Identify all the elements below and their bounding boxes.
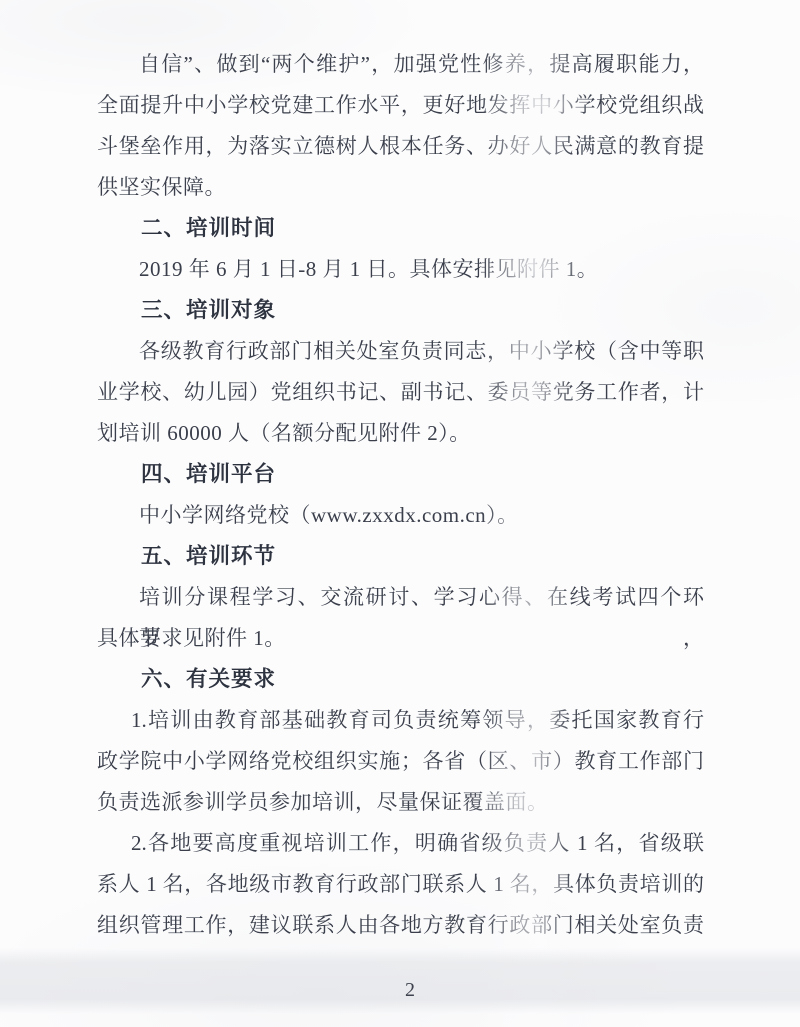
text-line: 划培训 60000 人（名额分配见附件 2）。 <box>97 413 704 454</box>
text-line: 组织管理工作，建议联系人由各地方教育行政部门相关处室负责 <box>97 905 704 946</box>
text-line: 全面提升中小学校党建工作水平，更好地发挥中小学校党组织战 <box>97 85 704 126</box>
text-line: 负责选派参训学员参加培训，尽量保证覆盖面。 <box>97 782 704 823</box>
text-line: 2019 年 6 月 1 日-8 月 1 日。具体安排见附件 1。 <box>97 249 704 290</box>
text-line: 业学校、幼儿园）党组织书记、副书记、委员等党务工作者，计 <box>97 372 704 413</box>
section-heading: 二、培训时间 <box>97 208 704 249</box>
text-line: 自信”、做到“两个维护”，加强党性修养，提高履职能力， <box>97 44 704 85</box>
text-line: 1.培训由教育部基础教育司负责统筹领导，委托国家教育行 <box>97 700 704 741</box>
document-page: 自信”、做到“两个维护”，加强党性修养，提高履职能力，全面提升中小学校党建工作水… <box>0 0 800 1027</box>
section-heading: 六、有关要求 <box>97 659 704 700</box>
text-line: 2.各地要高度重视培训工作，明确省级负责人 1 名，省级联 <box>97 823 704 864</box>
section-heading: 四、培训平台 <box>97 454 704 495</box>
text-line: 系人 1 名，各地级市教育行政部门联系人 1 名，具体负责培训的 <box>97 864 704 905</box>
text-line: 斗堡垒作用，为落实立德树人根本任务、办好人民满意的教育提 <box>97 126 704 167</box>
text-line: 培训分课程学习、交流研讨、学习心得、在线考试四个环节， <box>97 577 704 618</box>
text-line: 中小学网络党校（www.zxxdx.com.cn）。 <box>97 495 704 536</box>
text-line: 各级教育行政部门相关处室负责同志，中小学校（含中等职 <box>97 331 704 372</box>
section-heading: 五、培训环节 <box>97 536 704 577</box>
page-content: 自信”、做到“两个维护”，加强党性修养，提高履职能力，全面提升中小学校党建工作水… <box>97 44 704 946</box>
section-heading: 三、培训对象 <box>97 290 704 331</box>
text-line: 供坚实保障。 <box>97 167 704 208</box>
text-line: 政学院中小学网络党校组织实施；各省（区、市）教育工作部门 <box>97 741 704 782</box>
page-number: 2 <box>10 975 800 1005</box>
